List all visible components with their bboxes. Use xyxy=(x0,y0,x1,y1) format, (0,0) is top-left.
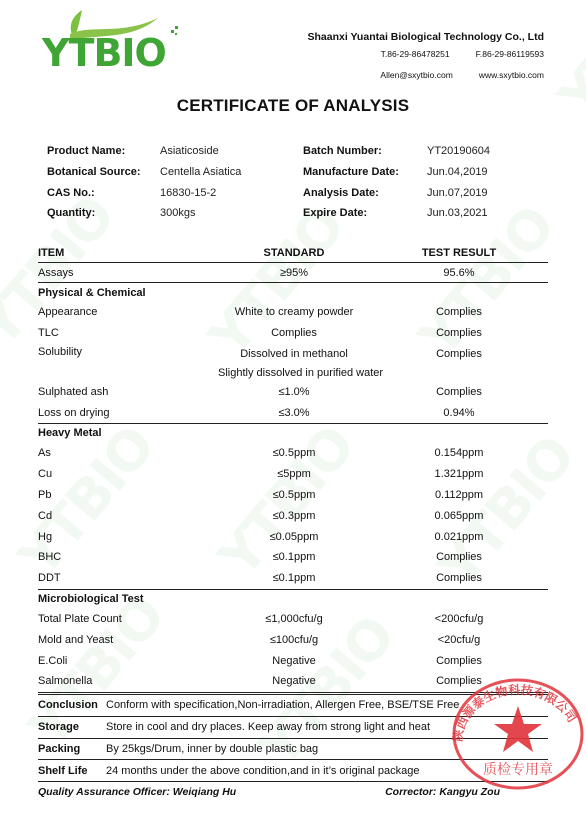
table-row: BHC≤0.1ppmComplies xyxy=(38,547,548,568)
row-result: Complies xyxy=(370,386,548,398)
footer-value: Conform with specification,Non-irradiati… xyxy=(106,699,459,711)
footer-value: 24 months under the above condition,and … xyxy=(106,765,420,777)
table-row: Sulphated ash≤1.0%Complies xyxy=(38,381,548,402)
section-heading: Heavy Metal xyxy=(38,423,548,443)
info-value: Centella Asiatica xyxy=(160,166,303,178)
row-result: <200cfu/g xyxy=(370,613,548,625)
header-result: TEST RESULT xyxy=(370,247,548,259)
row-result: 0.94% xyxy=(370,407,548,419)
row-standard: ≥95% xyxy=(218,267,370,279)
row-item: Mold and Yeast xyxy=(38,634,218,646)
info-value: Asiaticoside xyxy=(160,145,303,157)
star-icon xyxy=(494,706,542,752)
row-item: Pb xyxy=(38,489,218,501)
info-label: Manufacture Date: xyxy=(303,166,427,178)
row-item: As xyxy=(38,447,218,459)
row-standard-note: Slightly dissolved in purified water xyxy=(218,367,370,379)
header-standard: STANDARD xyxy=(218,247,370,259)
footer-label: Packing xyxy=(38,743,106,755)
table-row: As≤0.5ppm0.154ppm xyxy=(38,443,548,464)
company-website: www.sxytbio.com xyxy=(479,68,544,82)
row-result: 0.065ppm xyxy=(370,510,548,522)
info-value: 300kgs xyxy=(160,207,303,219)
row-result: Complies xyxy=(370,306,548,318)
table-row: Cd≤0.3ppm0.065ppm xyxy=(38,505,548,526)
table-row-assays: Assays ≥95% 95.6% xyxy=(38,263,548,282)
info-label: Botanical Source: xyxy=(47,166,160,178)
company-fax: F.86-29-86119593 xyxy=(476,47,544,61)
row-standard: Negative xyxy=(218,675,370,687)
table-header: ITEM STANDARD TEST RESULT xyxy=(38,244,548,263)
footer-value: Store in cool and dry places. Keep away … xyxy=(106,721,430,733)
info-label: CAS No.: xyxy=(47,187,160,199)
row-standard: ≤0.5ppm xyxy=(218,447,370,459)
row-result: Complies xyxy=(370,327,548,339)
footer-label: Conclusion xyxy=(38,699,106,711)
info-label: Expire Date: xyxy=(303,207,427,219)
info-label: Product Name: xyxy=(47,145,160,157)
table-row: Loss on drying≤3.0%0.94% xyxy=(38,402,548,423)
row-item: Hg xyxy=(38,531,218,543)
row-standard: Dissolved in methanol xyxy=(218,348,370,360)
row-result: Complies xyxy=(370,655,548,667)
row-standard: ≤0.3ppm xyxy=(218,510,370,522)
table-row: SolubilityDissolved in methanolComplies xyxy=(38,344,548,365)
svg-text:质检专用章: 质检专用章 xyxy=(483,761,553,778)
company-email: Allen@sxytbio.com xyxy=(380,68,452,82)
row-item: Sulphated ash xyxy=(38,386,218,398)
info-value: Jun.04,2019 xyxy=(427,166,570,178)
header-item: ITEM xyxy=(38,247,218,259)
row-standard: ≤3.0% xyxy=(218,407,370,419)
row-item: TLC xyxy=(38,327,218,339)
footer-value: By 25kgs/Drum, inner by double plastic b… xyxy=(106,743,318,755)
info-value: Jun.03,2021 xyxy=(427,207,570,219)
row-standard: ≤1.0% xyxy=(218,386,370,398)
table-sections: Physical & ChemicalAppearanceWhite to cr… xyxy=(38,282,548,693)
row-item: Appearance xyxy=(38,306,218,318)
footer-label: Shelf Life xyxy=(38,765,106,777)
table-row: Cu≤5ppm1.321ppm xyxy=(38,464,548,485)
row-standard: White to creamy powder xyxy=(218,306,370,318)
row-result: 95.6% xyxy=(370,267,548,279)
row-standard: Complies xyxy=(218,327,370,339)
ytbio-logo: YTBIO xyxy=(40,6,180,70)
row-result: Complies xyxy=(370,348,548,360)
row-item: Total Plate Count xyxy=(38,613,218,625)
footer-label: Storage xyxy=(38,721,106,733)
section-heading: Microbiological Test xyxy=(38,589,548,609)
row-result: <20cfu/g xyxy=(370,634,548,646)
table-row-note: Slightly dissolved in purified water xyxy=(38,364,548,381)
product-info: Product Name: Asiaticoside Batch Number:… xyxy=(47,141,570,224)
row-result: Complies xyxy=(370,572,548,584)
qa-officer: Quality Assurance Officer: Weiqiang Hu xyxy=(38,786,236,798)
row-result: 1.321ppm xyxy=(370,468,548,480)
row-result: Complies xyxy=(370,551,548,563)
row-standard: ≤5ppm xyxy=(218,468,370,480)
table-row: TLCCompliesComplies xyxy=(38,323,548,344)
table-row: Mold and Yeast≤100cfu/g<20cfu/g xyxy=(38,629,548,650)
info-label: Quantity: xyxy=(47,207,160,219)
company-name: Shaanxi Yuantai Biological Technology Co… xyxy=(308,30,544,44)
info-label: Batch Number: xyxy=(303,145,427,157)
row-standard: ≤0.1ppm xyxy=(218,551,370,563)
row-item: E.Coli xyxy=(38,655,218,667)
row-result: 0.154ppm xyxy=(370,447,548,459)
row-result: 0.021ppm xyxy=(370,531,548,543)
row-item: Loss on drying xyxy=(38,407,218,419)
table-row: Total Plate Count≤1,000cfu/g<200cfu/g xyxy=(38,609,548,630)
analysis-table: ITEM STANDARD TEST RESULT Assays ≥95% 95… xyxy=(38,244,548,693)
table-row: E.ColiNegativeComplies xyxy=(38,650,548,671)
row-item: BHC xyxy=(38,551,218,563)
row-result: 0.112ppm xyxy=(370,489,548,501)
row-standard: ≤100cfu/g xyxy=(218,634,370,646)
table-row: Hg≤0.05ppm0.021ppm xyxy=(38,526,548,547)
section-heading: Physical & Chemical xyxy=(38,282,548,302)
svg-text:YTBIO: YTBIO xyxy=(41,31,166,70)
row-standard: Negative xyxy=(218,655,370,667)
table-row: DDT≤0.1ppmComplies xyxy=(38,568,548,589)
info-value: YT20190604 xyxy=(427,145,570,157)
row-standard: ≤0.05ppm xyxy=(218,531,370,543)
table-row: Pb≤0.5ppm0.112ppm xyxy=(38,485,548,506)
row-item: Cu xyxy=(38,468,218,480)
row-standard: ≤1,000cfu/g xyxy=(218,613,370,625)
row-item: Solubility xyxy=(38,344,218,358)
row-standard: ≤0.5ppm xyxy=(218,489,370,501)
row-item: Salmonella xyxy=(38,675,218,687)
row-standard: ≤0.1ppm xyxy=(218,572,370,584)
company-info: Shaanxi Yuantai Biological Technology Co… xyxy=(308,30,544,86)
company-seal-stamp: 陕西源泰生物科技有限公司 质检专用章 xyxy=(446,672,586,792)
info-label: Analysis Date: xyxy=(303,187,427,199)
company-tel: T.86-29-86478251 xyxy=(381,47,450,61)
info-value: 16830-15-2 xyxy=(160,187,303,199)
document-title: CERTIFICATE OF ANALYSIS xyxy=(0,96,586,116)
info-value: Jun.07,2019 xyxy=(427,187,570,199)
table-row: AppearanceWhite to creamy powderComplies xyxy=(38,302,548,323)
row-item: DDT xyxy=(38,572,218,584)
row-item: Assays xyxy=(38,267,218,279)
row-item: Cd xyxy=(38,510,218,522)
